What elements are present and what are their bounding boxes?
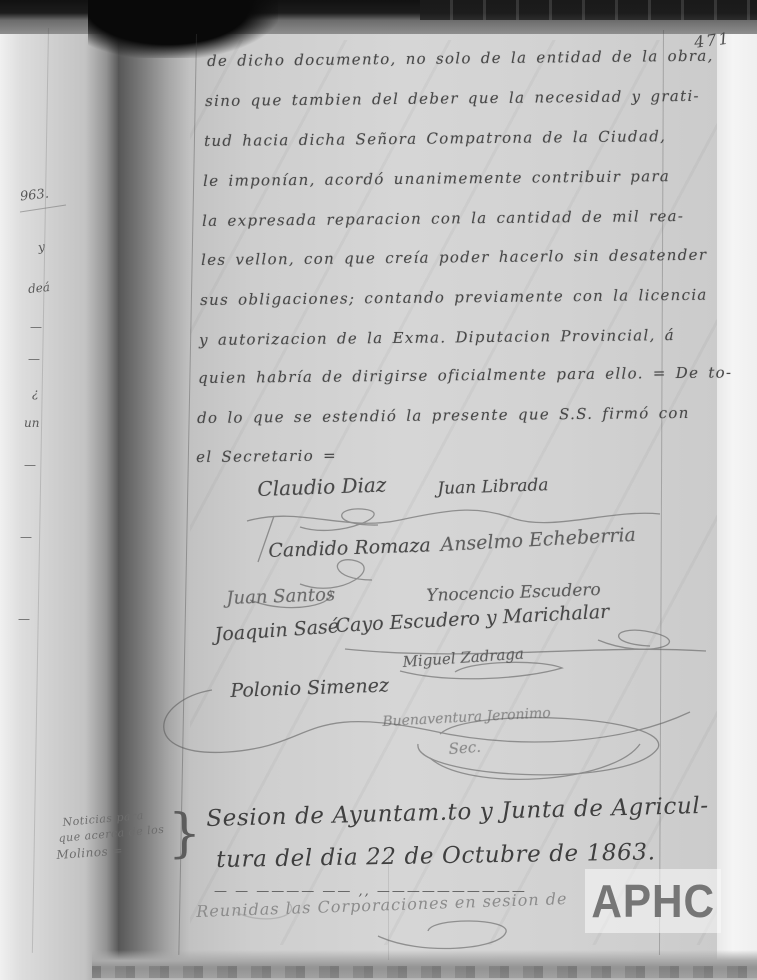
verso-fragment: — [28,352,40,366]
verso-fragment: — [18,612,30,626]
verso-fragment: — [30,320,42,334]
signature: Juan Santos [226,584,335,609]
manuscript-scan: 471 963. y deá — — ¿ un — — — de dicho d… [0,0,757,980]
verso-fragment: 963. [19,187,49,205]
page-bottom-texture [92,966,757,978]
body-line: el Secretario = [196,447,337,466]
signature: Juan Librada [437,475,549,499]
verso-fragment: y [37,240,46,255]
scan-right-edge [717,0,757,980]
verso-fragment: deá [27,280,50,296]
binding-dark-corner [88,0,278,58]
verso-fragment: — [20,530,32,544]
signature: Claudio Diaz [257,472,387,500]
verso-fragment: ¿ [32,386,38,400]
archive-watermark-text: APHC [591,874,715,928]
verso-fragment: un [24,416,39,430]
margin-brace: } [168,804,201,864]
signature: Sec. [448,738,482,758]
verso-fragment: — [24,458,36,472]
archive-watermark: APHC [585,869,721,933]
binding-texture [420,0,757,20]
